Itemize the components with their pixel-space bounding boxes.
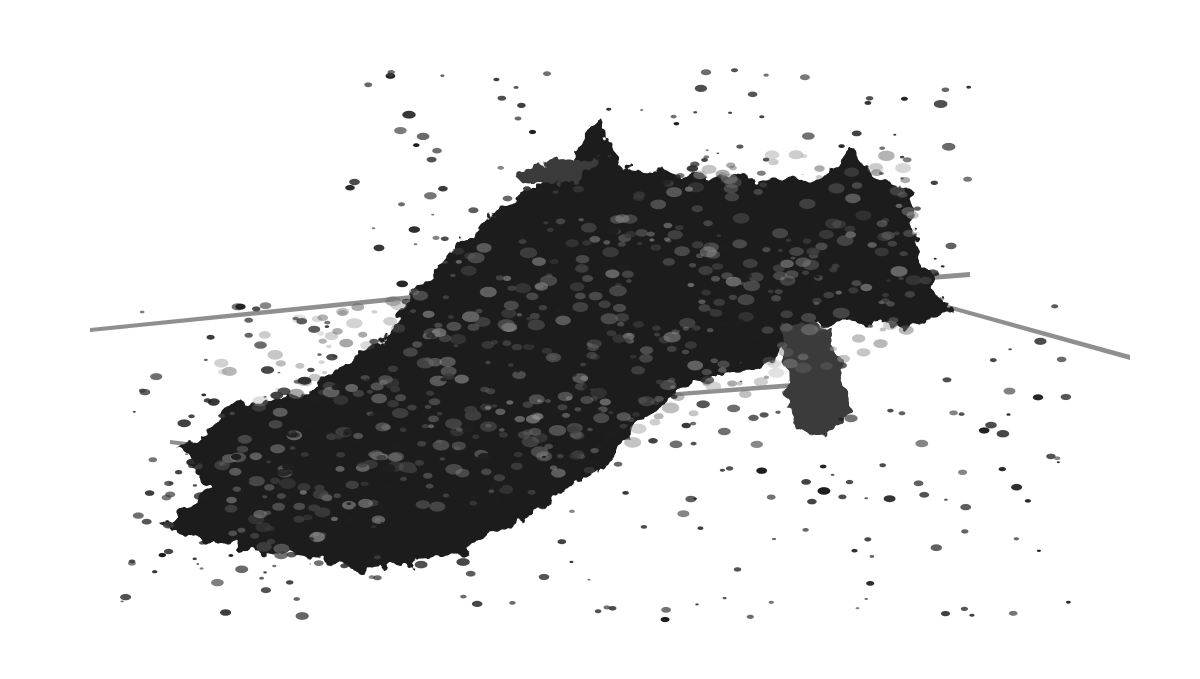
splash-render bbox=[0, 0, 1200, 679]
